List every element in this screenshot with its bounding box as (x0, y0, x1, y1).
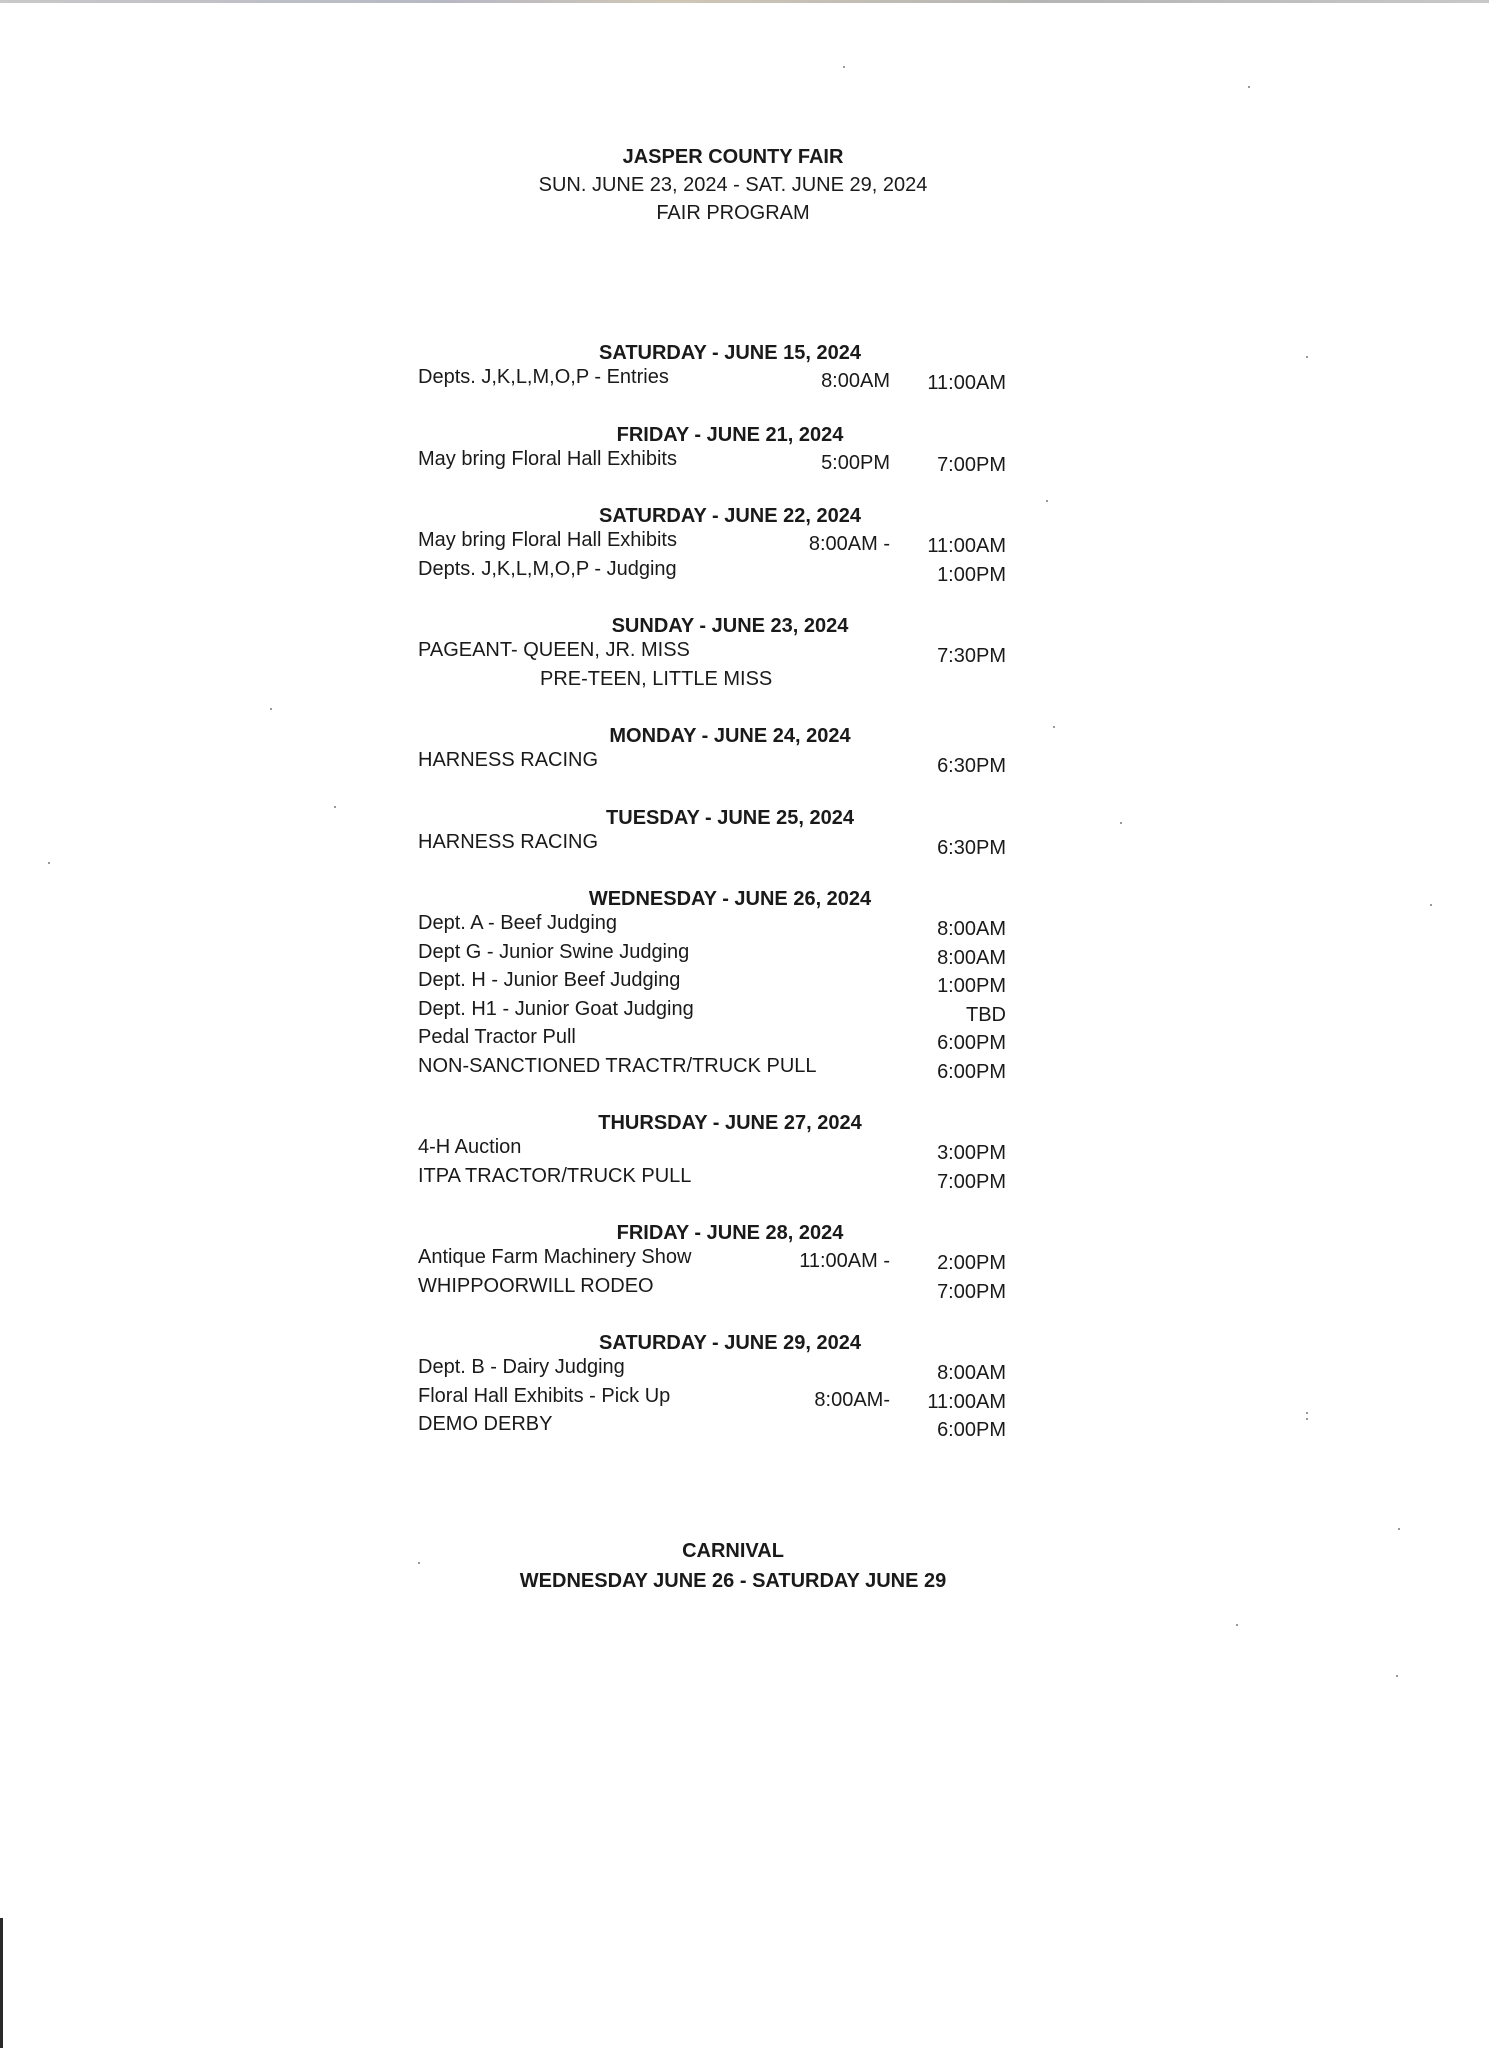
schedule: SATURDAY - JUNE 15, 2024Depts. J,K,L,M,O… (0, 340, 1489, 1469)
event-end-time: 3:00PM (937, 1139, 1006, 1167)
event-row: Dept. H1 - Junior Goat JudgingTBD (0, 999, 1489, 1028)
day-heading: SUNDAY - JUNE 23, 2024 (0, 613, 1460, 640)
event-end-time: 8:00AM (937, 944, 1006, 972)
event-end-time: 1:00PM (937, 561, 1006, 589)
day-section: THURSDAY - JUNE 27, 20244-H Auction3:00P… (0, 1110, 1489, 1194)
event-start-time: 11:00AM - (799, 1247, 890, 1275)
event-name: Antique Farm Machinery Show (418, 1243, 691, 1271)
event-name: HARNESS RACING (418, 746, 598, 774)
day-heading: SATURDAY - JUNE 29, 2024 (0, 1330, 1460, 1357)
event-end-time: 11:00AM (927, 532, 1006, 560)
event-end-time: 6:00PM (937, 1416, 1006, 1444)
event-name: 4-H Auction (418, 1133, 521, 1161)
event-name: Dept. H1 - Junior Goat Judging (418, 995, 694, 1023)
day-section: TUESDAY - JUNE 25, 2024HARNESS RACING6:3… (0, 805, 1489, 861)
scan-left-edge (0, 1918, 3, 2048)
event-row: Dept G - Junior Swine Judging8:00AM (0, 942, 1489, 971)
event-end-time: 6:00PM (937, 1058, 1006, 1086)
event-row: PRE-TEEN, LITTLE MISS (0, 669, 1489, 698)
event-name: Depts. J,K,L,M,O,P - Entries (418, 363, 669, 391)
day-section: FRIDAY - JUNE 21, 2024May bring Floral H… (0, 422, 1489, 478)
day-heading: MONDAY - JUNE 24, 2024 (0, 723, 1460, 750)
event-row: May bring Floral Hall Exhibits8:00AM -11… (0, 530, 1489, 559)
event-end-time: 8:00AM (937, 1359, 1006, 1387)
event-row: Depts. J,K,L,M,O,P - Judging1:00PM (0, 559, 1489, 588)
event-name: PAGEANT- QUEEN, JR. MISS (418, 636, 690, 664)
day-section: SATURDAY - JUNE 29, 2024Dept. B - Dairy … (0, 1330, 1489, 1443)
event-row: 4-H Auction3:00PM (0, 1137, 1489, 1166)
day-heading: SATURDAY - JUNE 22, 2024 (0, 503, 1460, 530)
day-section: FRIDAY - JUNE 28, 2024Antique Farm Machi… (0, 1220, 1489, 1304)
event-end-time: 11:00AM (927, 1388, 1006, 1416)
event-name: May bring Floral Hall Exhibits (418, 526, 677, 554)
event-row: DEMO DERBY6:00PM (0, 1414, 1489, 1443)
scan-speck (1398, 1528, 1400, 1530)
event-name: Pedal Tractor Pull (418, 1023, 576, 1051)
event-name: Dept G - Junior Swine Judging (418, 938, 689, 966)
scan-speck (1248, 86, 1250, 88)
day-heading: TUESDAY - JUNE 25, 2024 (0, 805, 1460, 832)
event-name: NON-SANCTIONED TRACTR/TRUCK PULL (418, 1052, 817, 1080)
event-end-time: 7:30PM (937, 642, 1006, 670)
event-start-time: 8:00AM - (809, 530, 890, 558)
event-name: Depts. J,K,L,M,O,P - Judging (418, 555, 677, 583)
event-name: Dept. H - Junior Beef Judging (418, 966, 680, 994)
event-name: ITPA TRACTOR/TRUCK PULL (418, 1162, 691, 1190)
event-end-time: 6:00PM (937, 1029, 1006, 1057)
event-end-time: 6:30PM (937, 834, 1006, 862)
scan-top-edge (0, 0, 1489, 3)
day-section: SATURDAY - JUNE 15, 2024Depts. J,K,L,M,O… (0, 340, 1489, 396)
event-row: HARNESS RACING6:30PM (0, 832, 1489, 861)
day-section: SUNDAY - JUNE 23, 2024PAGEANT- QUEEN, JR… (0, 613, 1489, 697)
event-row: Dept. B - Dairy Judging8:00AM (0, 1357, 1489, 1386)
day-heading: SATURDAY - JUNE 15, 2024 (0, 340, 1460, 367)
event-row: WHIPPOORWILL RODEO7:00PM (0, 1276, 1489, 1305)
event-row: Antique Farm Machinery Show11:00AM -2:00… (0, 1247, 1489, 1276)
scan-speck (1396, 1675, 1398, 1677)
event-row: Dept. H - Junior Beef Judging1:00PM (0, 970, 1489, 999)
event-name: PRE-TEEN, LITTLE MISS (540, 665, 772, 693)
event-row: NON-SANCTIONED TRACTR/TRUCK PULL6:00PM (0, 1056, 1489, 1085)
fair-title: JASPER COUNTY FAIR (0, 143, 1466, 171)
event-start-time: 8:00AM- (814, 1386, 890, 1414)
day-section: SATURDAY - JUNE 22, 2024May bring Floral… (0, 503, 1489, 587)
event-row: Floral Hall Exhibits - Pick Up8:00AM-11:… (0, 1386, 1489, 1415)
carnival-section: CARNIVAL WEDNESDAY JUNE 26 - SATURDAY JU… (0, 1536, 1466, 1596)
event-start-time: 5:00PM (821, 449, 890, 477)
event-row: HARNESS RACING6:30PM (0, 750, 1489, 779)
day-section: MONDAY - JUNE 24, 2024HARNESS RACING6:30… (0, 723, 1489, 779)
event-end-time: 1:00PM (937, 972, 1006, 1000)
event-name: DEMO DERBY (418, 1410, 552, 1438)
event-name: May bring Floral Hall Exhibits (418, 445, 677, 473)
event-end-time: 7:00PM (937, 1278, 1006, 1306)
event-end-time: 7:00PM (937, 1168, 1006, 1196)
event-name: Floral Hall Exhibits - Pick Up (418, 1382, 670, 1410)
event-name: Dept. A - Beef Judging (418, 909, 617, 937)
scan-speck (1236, 1624, 1238, 1626)
day-heading: WEDNESDAY - JUNE 26, 2024 (0, 886, 1460, 913)
event-name: HARNESS RACING (418, 828, 598, 856)
event-row: ITPA TRACTOR/TRUCK PULL7:00PM (0, 1166, 1489, 1195)
carnival-dates: WEDNESDAY JUNE 26 - SATURDAY JUNE 29 (0, 1566, 1466, 1596)
day-heading: THURSDAY - JUNE 27, 2024 (0, 1110, 1460, 1137)
carnival-title: CARNIVAL (0, 1536, 1466, 1566)
scan-speck (843, 66, 845, 68)
event-end-time: 8:00AM (937, 915, 1006, 943)
event-end-time: 7:00PM (937, 451, 1006, 479)
day-heading: FRIDAY - JUNE 21, 2024 (0, 422, 1460, 449)
event-start-time: 8:00AM (821, 367, 890, 395)
program-header: JASPER COUNTY FAIR SUN. JUNE 23, 2024 - … (0, 143, 1466, 227)
fair-date-range: SUN. JUNE 23, 2024 - SAT. JUNE 29, 2024 (0, 171, 1466, 199)
event-end-time: TBD (966, 1001, 1006, 1029)
event-row: Depts. J,K,L,M,O,P - Entries8:00AM11:00A… (0, 367, 1489, 396)
event-row: May bring Floral Hall Exhibits5:00PM7:00… (0, 449, 1489, 478)
event-end-time: 2:00PM (937, 1249, 1006, 1277)
event-end-time: 6:30PM (937, 752, 1006, 780)
event-row: Dept. A - Beef Judging8:00AM (0, 913, 1489, 942)
event-name: WHIPPOORWILL RODEO (418, 1272, 654, 1300)
event-name: Dept. B - Dairy Judging (418, 1353, 625, 1381)
event-end-time: 11:00AM (927, 369, 1006, 397)
day-heading: FRIDAY - JUNE 28, 2024 (0, 1220, 1460, 1247)
fair-program-label: FAIR PROGRAM (0, 199, 1466, 227)
day-section: WEDNESDAY - JUNE 26, 2024Dept. A - Beef … (0, 886, 1489, 1084)
